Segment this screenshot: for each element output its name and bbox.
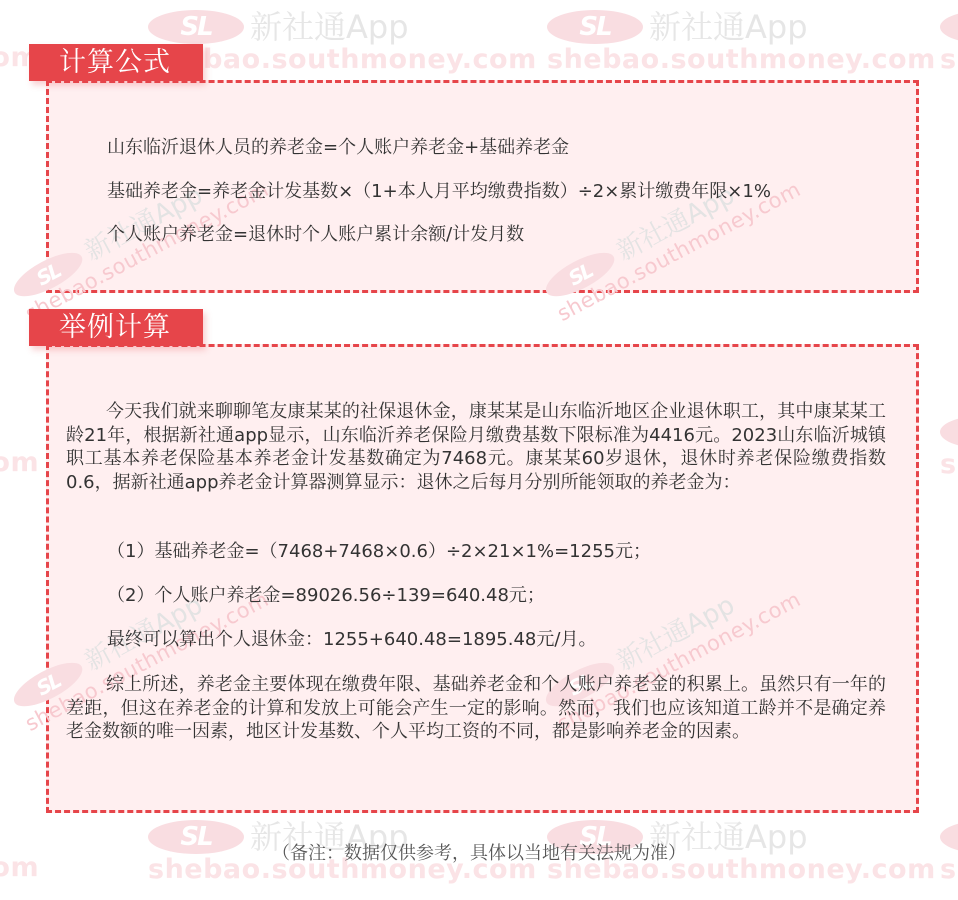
watermark-url: shebao.southmoney.com: [547, 46, 936, 73]
footer-note: （备注：数据仅供参考，具体以当地有关法规为准）: [0, 839, 958, 865]
watermark-url: sh: [940, 451, 958, 478]
watermark-brand: 新社通App: [250, 11, 409, 43]
formula-line-personal: 个人账户养老金=退休时个人账户累计余额/计发月数: [107, 223, 524, 247]
watermark-url: sh: [940, 46, 958, 73]
example-step-basic: （1）基础养老金=（7468+7468×0.6）÷2×21×1%=1255元；: [107, 540, 651, 564]
example-total: 最终可以算出个人退休金：1255+640.48=1895.48元/月。: [107, 628, 596, 652]
watermark: App ney.com: [0, 415, 39, 476]
watermark: SL新社通App shebao.southmoney.com: [148, 10, 537, 73]
watermark: SL新社通App shebao.southmoney.com: [547, 10, 936, 73]
watermark: sh: [940, 415, 958, 478]
watermark: sh: [940, 10, 958, 73]
brand-logo-icon: SL: [547, 10, 643, 44]
formula-line-total: 山东临沂退休人员的养老金=个人账户养老金+基础养老金: [107, 136, 569, 160]
section-title-example: 举例计算: [29, 309, 203, 346]
watermark-url: ney.com: [0, 449, 39, 476]
brand-logo-icon: [940, 10, 958, 44]
watermark-brand: 新社通App: [649, 11, 808, 43]
brand-logo-icon: SL: [148, 10, 244, 44]
brand-logo-icon: [940, 415, 958, 449]
formula-line-basic: 基础养老金=养老金计发基数×（1+本人月平均缴费指数）÷2×累计缴费年限×1%: [107, 180, 771, 204]
section-title-formula: 计算公式: [29, 44, 203, 81]
example-step-personal: （2）个人账户养老金=89026.56÷139=640.48元；: [107, 584, 545, 608]
example-conclusion: 综上所述，养老金主要体现在缴费年限、基础养老金和个人账户养老金的积累上。虽然只有…: [66, 673, 886, 744]
example-intro: 今天我们就来聊聊笔友康某某的社保退休金，康某某是山东临沂地区企业退休职工，其中康…: [66, 400, 886, 494]
watermark-url: shebao.southmoney.com: [148, 46, 537, 73]
